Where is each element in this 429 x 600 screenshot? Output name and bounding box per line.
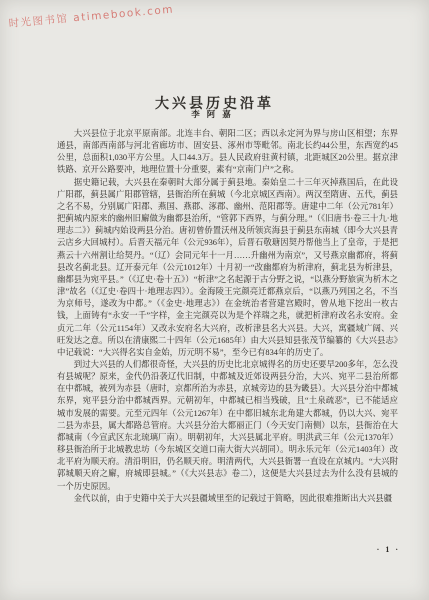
paragraph-boundary-note: 金代以前，由于史籍中关于大兴县疆域里至的记载过于简略，因此很难推断出大兴县疆 <box>57 493 398 505</box>
library-watermark: 时光图书馆 atimebook.com <box>8 2 175 31</box>
scanned-book-page: 时光图书馆 atimebook.com 大兴县历史沿革 李阿嘉 大兴县位于北京平… <box>0 0 429 600</box>
paragraph-county-seat: 到过大兴县的人们都很奇怪，大兴县的历史比北京城得名的历史还要早200多年，怎么没… <box>57 359 398 493</box>
paragraph-history: 据史籍记载，大兴县在秦朝时大部分属于蓟县地。秦始皇二十三年灭掉燕国后，在此设广阳… <box>57 177 398 359</box>
paragraph-intro: 大兴县位于北京平原南部。北连丰台、朝阳二区；西以永定河为界与房山区相望；东界通县… <box>57 128 398 177</box>
page-number: · 1 · <box>377 545 400 554</box>
author-name: 李阿嘉 <box>0 108 429 120</box>
article-body: 大兴县位于北京平原南部。北连丰台、朝阳二区；西以永定河为界与房山区相望；东界通县… <box>57 128 398 505</box>
